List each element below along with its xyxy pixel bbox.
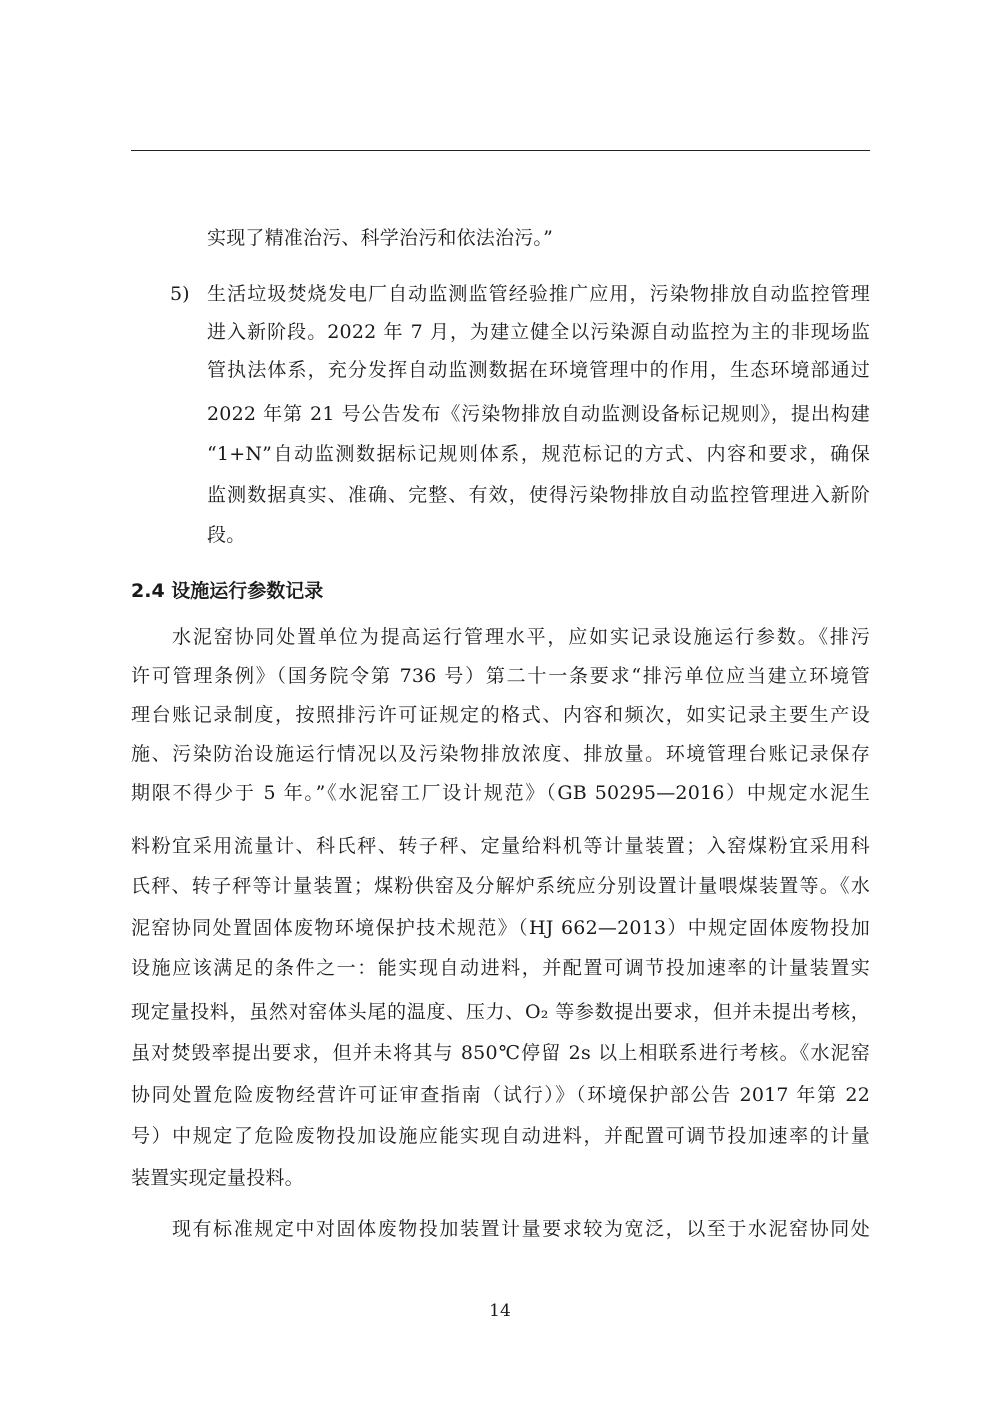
- header-rule: [131, 150, 870, 151]
- list-marker: 5): [170, 282, 190, 306]
- list-line: 2022 年第 21 号公告发布《污染物排放自动监测设备标记规则》，提出构建: [207, 402, 870, 426]
- paragraph-line: 现有标准规定中对固体废物投加装置计量要求较为宽泛，以至于水泥窑协同处: [172, 1217, 870, 1241]
- paragraph-line: 设施应该满足的条件之一：能实现自动进料，并配置可调节投加速率的计量装置实: [131, 956, 870, 980]
- paragraph-line: 期限不得少于 5 年。”《水泥窑工厂设计规范》（GB 50295—2016）中规…: [131, 781, 870, 805]
- paragraph-line: 装置实现定量投料。: [131, 1166, 304, 1190]
- paragraph-line: 理台账记录制度，按照排污许可证规定的格式、内容和频次，如实记录主要生产设: [131, 703, 870, 727]
- paragraph-line: 号）中规定了危险废物投加设施应能实现自动进料，并配置可调节投加速率的计量: [131, 1124, 870, 1148]
- paragraph-line: 泥窑协同处置固体废物环境保护技术规范》（HJ 662—2013）中规定固体废物投…: [131, 916, 870, 940]
- section-heading: 2.4 设施运行参数记录: [131, 579, 323, 603]
- paragraph-line: 许可管理条例》（国务院令第 736 号）第二十一条要求“排污单位应当建立环境管: [131, 664, 870, 688]
- paragraph-line: 协同处置危险废物经营许可证审查指南（试行）》（环境保护部公告 2017 年第 2…: [131, 1083, 870, 1107]
- paragraph-line: 料粉宜采用流量计、科氏秤、转子秤、定量给料机等计量装置；入窑煤粉宜采用科: [131, 834, 870, 858]
- paragraph-line: 施、污染防治设施运行情况以及污染物排放浓度、排放量。环境管理台账记录保存: [131, 742, 870, 766]
- paragraph-line: 现定量投料，虽然对窑体头尾的温度、压力、O₂ 等参数提出要求，但并未提出考核，: [131, 1000, 870, 1024]
- paragraph-line: 虽对焚毁率提出要求，但并未将其与 850℃停留 2s 以上相联系进行考核。《水泥…: [131, 1041, 870, 1065]
- page-number: 14: [0, 1300, 1000, 1322]
- paragraph-line: 氏秤、转子秤等计量装置；煤粉供窑及分解炉系统应分别设置计量喂煤装置等。《水: [131, 874, 870, 898]
- list-line: 进入新阶段。2022 年 7 月，为建立健全以污染源自动监控为主的非现场监: [207, 320, 870, 344]
- continuation-text: 实现了精准治污、科学治污和依法治污。”: [207, 226, 553, 250]
- list-line: 段。: [207, 523, 245, 547]
- list-line: 生活垃圾焚烧发电厂自动监测监管经验推广应用，污染物排放自动监控管理: [207, 282, 870, 306]
- list-line: 管执法体系，充分发挥自动监测数据在环境管理中的作用，生态环境部通过: [207, 358, 870, 382]
- paragraph-line: 水泥窑协同处置单位为提高运行管理水平，应如实记录设施运行参数。《排污: [172, 625, 870, 649]
- list-line: 监测数据真实、准确、完整、有效，使得污染物排放自动监控管理进入新阶: [207, 483, 870, 507]
- list-line: “1+N”自动监测数据标记规则体系，规范标记的方式、内容和要求，确保: [207, 442, 870, 466]
